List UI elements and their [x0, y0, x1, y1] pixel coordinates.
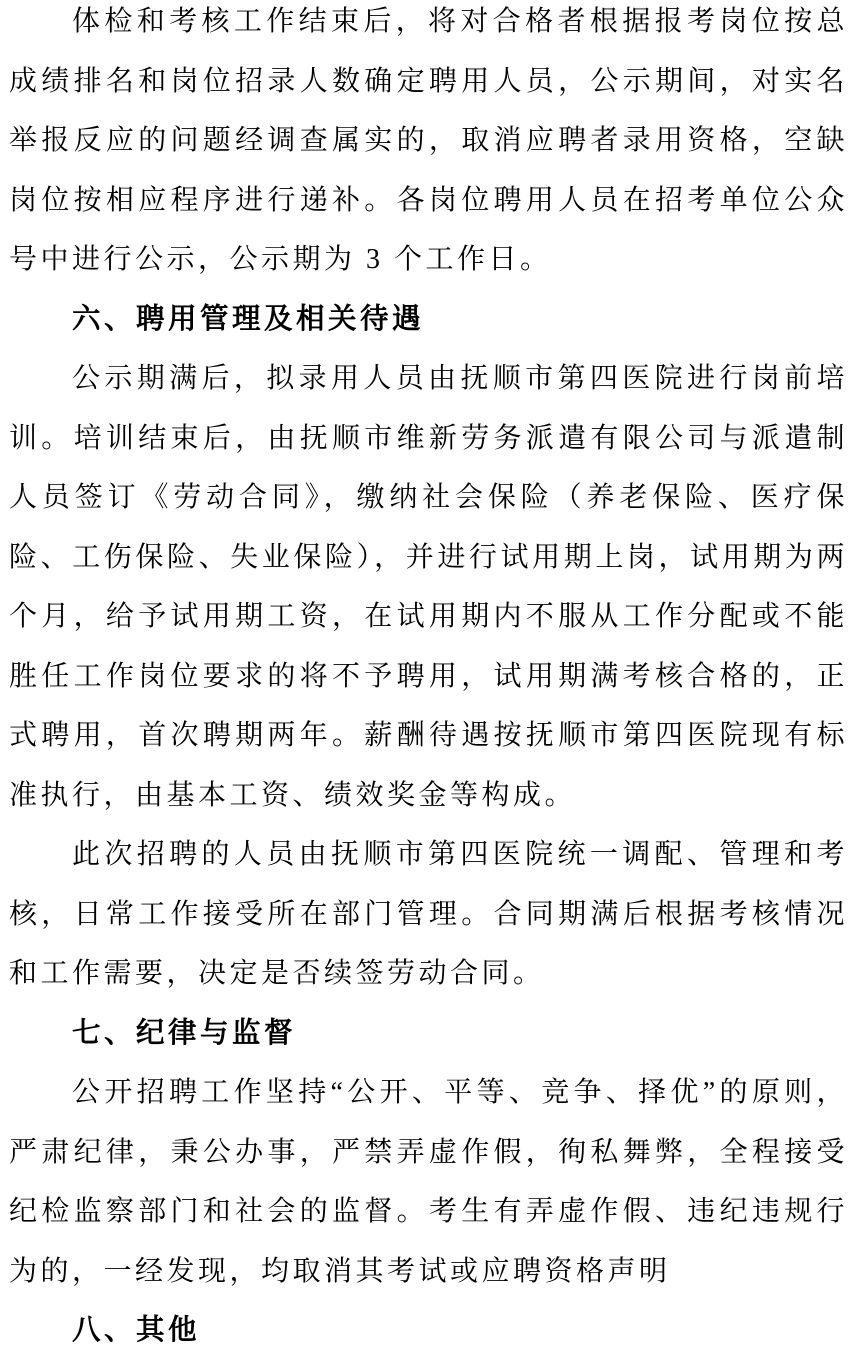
document-page: 体检和考核工作结束后，将对合格者根据报考岗位按总成绩排名和岗位招录人数确定聘用人… — [0, 0, 854, 1363]
paragraph-training-contract-benefits: 公示期满后，拟录用人员由抚顺市第四医院进行岗前培训。培训结束后，由抚顺市维新劳务… — [9, 349, 848, 825]
section-heading-8-others: 八、其他 — [9, 1301, 848, 1361]
paragraph-management-and-assessment: 此次招聘的人员由抚顺市第四医院统一调配、管理和考核，日常工作接受所在部门管理。合… — [9, 825, 848, 1004]
section-heading-6-employment-management: 六、聘用管理及相关待遇 — [9, 290, 848, 350]
section-heading-7-discipline-supervision: 七、纪律与监督 — [9, 1004, 848, 1064]
paragraph-discipline-principles: 公开招聘工作坚持“公开、平等、竞争、择优”的原则，严肃纪律，秉公办事，严禁弄虚作… — [9, 1063, 848, 1301]
document-body: 体检和考核工作结束后，将对合格者根据报考岗位按总成绩排名和岗位招录人数确定聘用人… — [9, 0, 848, 1361]
paragraph-hiring-confirmation: 体检和考核工作结束后，将对合格者根据报考岗位按总成绩排名和岗位招录人数确定聘用人… — [9, 0, 848, 290]
